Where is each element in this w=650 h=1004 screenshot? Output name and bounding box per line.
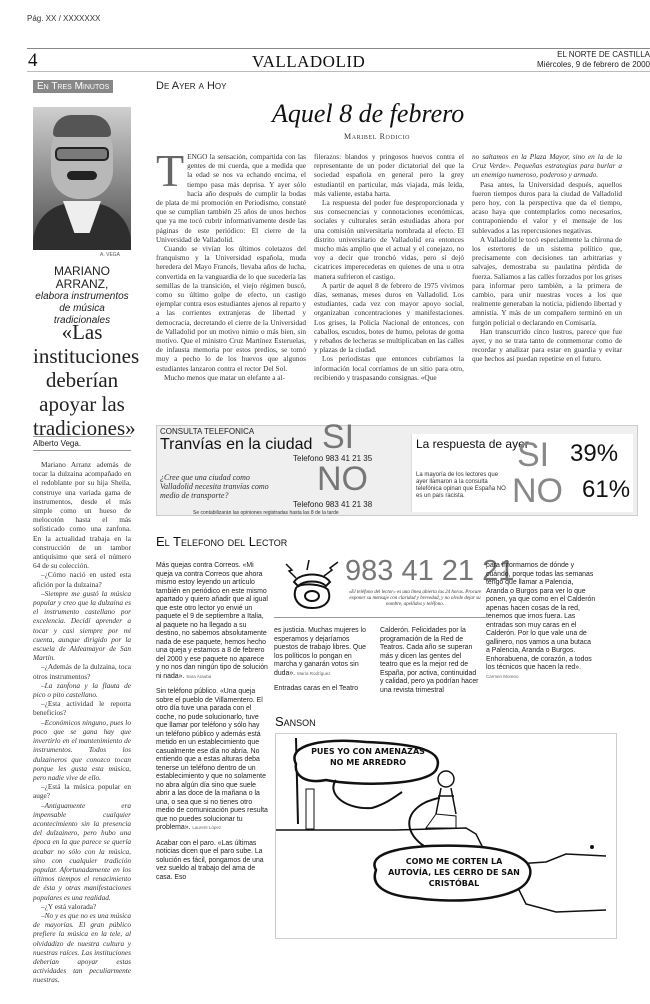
- letter-signature: María Rodríguez: [297, 671, 331, 676]
- portrait-photo: [33, 107, 131, 250]
- reader-letters-column-2: es justicia. Muchas mujeres lo esperamos…: [274, 627, 374, 701]
- cartoon-heading: Sanson: [275, 714, 316, 729]
- ringing-phone-icon: [282, 558, 342, 614]
- letter-signature: Sara Arauba: [186, 674, 211, 679]
- phone-poll-box: CONSULTA TELEFONICA Tranvías en la ciuda…: [156, 425, 638, 516]
- reader-letter: Sin teléfono público. «Una queja sobre e…: [156, 688, 268, 833]
- reader-letter: Entradas caras en el Teatro: [274, 685, 374, 694]
- interview-answer: –Económicos ninguno, pues lo poco que se…: [33, 718, 131, 782]
- result-description: La mayoría de los lectores que ayer llam…: [416, 472, 511, 500]
- interview-answer: –La zanfona y la flauta de pico o pito c…: [33, 681, 131, 699]
- interview-intro: Mariano Arranz además de tocar la dulzai…: [33, 460, 131, 570]
- interview-answer: –Antiguamente era impensable cualquier a…: [33, 801, 131, 902]
- section-tag: En Tres Minutos: [33, 80, 113, 93]
- reader-letter: Calderón. Felicidades por la programació…: [380, 627, 480, 695]
- poll-topic: Tranvías en la ciudad: [160, 436, 312, 454]
- article-paragraph: Han transcurrido cinco lustros, parece q…: [472, 327, 622, 364]
- article-paragraph: A Valladolid le tocó especialmente la ch…: [472, 235, 622, 327]
- poll-no-label: NO: [317, 462, 368, 496]
- result-no-label: NO: [512, 472, 563, 511]
- poll-question: ¿Cree que una ciudad como Valladolid nec…: [160, 473, 280, 500]
- article-column-1: T ENGO la sensación, compartida con las …: [156, 152, 306, 382]
- interview-question: –¿Está la música popular en auge?: [33, 782, 131, 800]
- article-column-2: filerazos: blandos y pringosos huevos co…: [314, 152, 464, 382]
- header-bottom-rule: [27, 71, 650, 72]
- header-top-rule: [27, 48, 650, 49]
- poll-result-panel: La respuesta de ayer La mayoría de los l…: [411, 434, 633, 512]
- section-title: VALLADOLID: [252, 52, 365, 72]
- article-paragraph: filerazos: blandos y pringosos huevos co…: [314, 152, 464, 198]
- article-paragraph: La respuesta del poder fue desproporcion…: [314, 198, 464, 281]
- article-author: Maribel Rodicio: [344, 132, 410, 141]
- speech-bubble-1: PUES YO CON AMENAZAS NO ME ARREDRO: [304, 746, 432, 768]
- article-paragraph: Los periodistas que entonces cubríamos l…: [314, 354, 464, 382]
- interview-answer: –Siempre me gustó la música popular y cr…: [33, 589, 131, 663]
- editorial-cartoon: PUES YO CON AMENAZAS NO ME ARREDRO COMO …: [275, 733, 617, 939]
- poll-yes-label: SI: [322, 420, 354, 454]
- poll-footnote: Se contabilizarán las opiniones registra…: [193, 510, 339, 516]
- article-column-3: no saltamos en la Plaza Mayor, sino en l…: [472, 152, 622, 364]
- paper-name: EL NORTE DE CASTILLA: [537, 50, 650, 60]
- result-yes-label: SI: [517, 436, 549, 475]
- drop-cap: T: [156, 152, 184, 190]
- page-number: 4: [28, 50, 38, 72]
- poll-label: CONSULTA TELEFONICA: [160, 427, 254, 436]
- interview-question: –¿Además de la dulzaina, toca otros inst…: [33, 662, 131, 680]
- result-yes-percent: 39%: [570, 440, 618, 468]
- reader-letter: para informarnos de dónde y cuándo, porq…: [486, 562, 596, 681]
- article-paragraph: Pasa antes, la Universidad después, aque…: [472, 180, 622, 235]
- interview-answer: –No y es que no es una música de mayoría…: [33, 911, 131, 985]
- interview-byline: Alberto Vega.: [33, 436, 131, 451]
- result-no-percent: 61%: [582, 476, 630, 504]
- page-reference: Pág. XX / XXXXXXX: [27, 14, 100, 23]
- poll-no-phone: Telefono 983 41 21 38: [293, 500, 372, 509]
- interview-question: –¿Y está valorada?: [33, 902, 131, 911]
- interviewee: MARIANO ARRANZ, elabora instrumentos de …: [33, 265, 131, 327]
- interview-body: Mariano Arranz además de tocar la dulzai…: [33, 460, 131, 985]
- article-kicker: De Ayer a Hoy: [156, 80, 226, 92]
- reader-phone-note: «El teléfono del lector» es una línea ab…: [345, 590, 485, 608]
- article-paragraph: Mucho menos que matar un elefante a al-: [156, 373, 306, 382]
- reader-letters-column-1: Más quejas contra Correos. «Mi queja va …: [156, 562, 268, 889]
- result-title: La respuesta de ayer: [416, 438, 529, 451]
- speech-bubble-2: COMO ME CORTEN LA AUTOVÍA, LES CERRO DE …: [384, 856, 524, 889]
- interviewee-name: MARIANO ARRANZ,: [33, 265, 131, 291]
- letter-signature: Laurent López: [192, 825, 221, 830]
- masthead-info: EL NORTE DE CASTILLA Miércoles, 9 de feb…: [537, 50, 650, 70]
- reader-letter: Más quejas contra Correos. «Mi queja va …: [156, 562, 268, 681]
- reader-letter: Acabar con el paro. «Las últimas noticia…: [156, 840, 268, 883]
- reader-letters-column-4: para informarnos de dónde y cuándo, porq…: [486, 562, 596, 688]
- reader-phone-rule: [274, 617, 486, 618]
- article-paragraph: no saltamos en la Plaza Mayor, sino en l…: [472, 152, 622, 180]
- interview-question: –¿Cómo nació en usted esta afición por l…: [33, 570, 131, 588]
- article-paragraph: A partir de aquel 8 de febrero de 1975 v…: [314, 281, 464, 355]
- issue-date: Miércoles, 9 de febrero de 2000: [537, 60, 650, 70]
- reader-letters-column-3: Calderón. Felicidades por la programació…: [380, 627, 480, 702]
- reader-letter: es justicia. Muchas mujeres lo esperamos…: [274, 627, 374, 678]
- reader-phone-heading: El Telefono del Lector: [156, 534, 287, 549]
- pull-quote: «Las instituciones deberían apoyar las t…: [33, 320, 131, 440]
- interview-question: –¿Esta actividad le reporta beneficios?: [33, 699, 131, 717]
- letter-signature: Carmen Moreno: [486, 674, 519, 679]
- photo-credit: A. VEGA: [100, 252, 120, 258]
- article-paragraph: Cuando se vivían los últimos coletazos d…: [156, 244, 306, 373]
- article-headline: Aquel 8 de febrero: [272, 99, 464, 129]
